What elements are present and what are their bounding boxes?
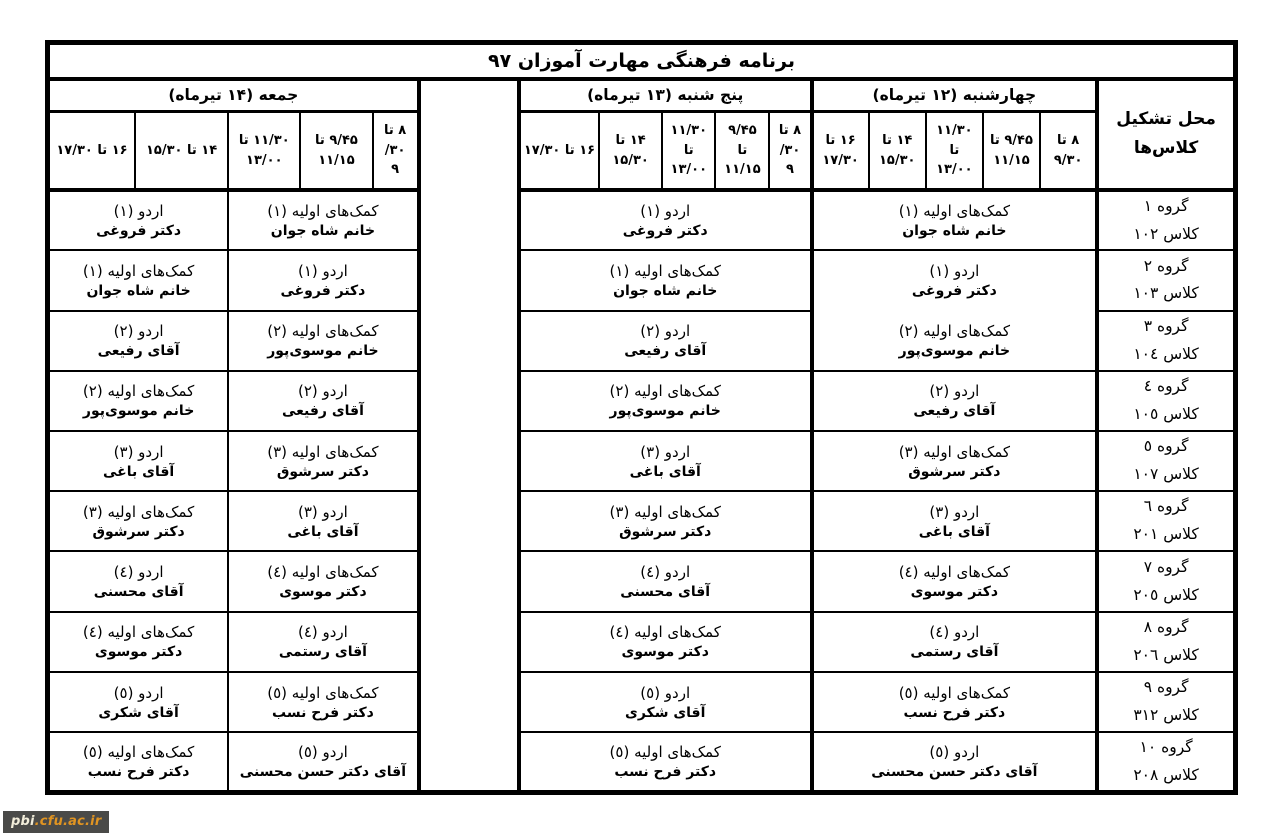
- course-name: کمک‌های اولیه (٤): [52, 623, 225, 641]
- group-label: گروه ۳: [1099, 313, 1233, 341]
- course-name: کمک‌های اولیه (۳): [523, 503, 808, 521]
- teacher-name: دکتر موسوی: [816, 584, 1094, 600]
- session-thursday-4: اردو (۳)آقای باغی: [519, 431, 812, 491]
- session-wednesday-5: اردو (۳)آقای باغی: [812, 491, 1098, 551]
- course-name: اردو (٥): [231, 743, 414, 761]
- room-label: کلاس ۳۱۲: [1099, 702, 1233, 730]
- time-slot-wednesday-1: ۹/۴۵ تا۱۱/۱۵: [983, 112, 1040, 190]
- group-cell-9: گروه ۱۰کلاس ۲۰۸: [1097, 732, 1235, 792]
- time-slot-thursday-4: ۱۶ تا ۱۷/۳۰: [519, 112, 599, 190]
- group-label: گروه ٤: [1099, 373, 1233, 401]
- time-slot-line: /۳۰: [771, 141, 808, 161]
- teacher-name: خانم موسوی‌پور: [816, 343, 1094, 359]
- teacher-name: خانم شاه جوان: [816, 223, 1094, 239]
- course-name: اردو (۲): [52, 322, 225, 340]
- course-name: کمک‌های اولیه (۳): [231, 443, 414, 461]
- teacher-name: آقای باغی: [816, 524, 1094, 540]
- course-name: اردو (۲): [523, 322, 808, 340]
- group-cell-7: گروه ۸کلاس ۲۰٦: [1097, 612, 1235, 672]
- time-slot-line: ۹/۴۵ تا: [302, 131, 370, 151]
- course-name: کمک‌های اولیه (۳): [816, 443, 1094, 461]
- session-friday-morning-9: اردو (٥)آقای دکتر حسن محسنی: [228, 732, 418, 792]
- teacher-name: خانم شاه جوان: [523, 283, 808, 299]
- day-header-wednesday: چهارشنبه (۱۲ تیرماه): [812, 79, 1098, 112]
- group-cell-6: گروه ۷کلاس ۲۰٥: [1097, 551, 1235, 611]
- group-label: گروه ۹: [1099, 674, 1233, 702]
- teacher-name: آقای دکتر حسن محسنی: [231, 764, 414, 780]
- course-name: اردو (٤): [52, 563, 225, 581]
- room-label: کلاس ۲۰٦: [1099, 642, 1233, 670]
- room-label: کلاس ۱۰۲: [1099, 221, 1233, 249]
- session-thursday-0: اردو (۱)دکتر فروغی: [519, 190, 812, 250]
- time-slot-line: ۱۶ تا ۱۷/۳۰: [522, 141, 597, 161]
- teacher-name: آقای محسنی: [52, 584, 225, 600]
- group-cell-1: گروه ۲کلاس ۱۰۳: [1097, 250, 1235, 310]
- time-slot-wednesday-0: ۸ تا۹/۳۰: [1040, 112, 1097, 190]
- day-header-thursday: پنج شنبه (۱۳ تیرماه): [519, 79, 812, 112]
- time-slot-friday-1: ۹/۴۵ تا۱۱/۱۵: [300, 112, 372, 190]
- session-friday-afternoon-0: اردو (۱)دکتر فروغی: [48, 190, 229, 250]
- course-name: کمک‌های اولیه (۱): [52, 262, 225, 280]
- session-friday-morning-5: اردو (۳)آقای باغی: [228, 491, 418, 551]
- table-row: گروه ۱کلاس ۱۰۲کمک‌های اولیه (۱)خانم شاه …: [48, 190, 1236, 250]
- session-thursday-3: کمک‌های اولیه (۲)خانم موسوی‌پور: [519, 371, 812, 431]
- teacher-name: دکتر سرشوق: [52, 524, 225, 540]
- course-name: اردو (٤): [523, 563, 808, 581]
- session-wednesday-0: کمک‌های اولیه (۱)خانم شاه جوان: [812, 190, 1098, 250]
- course-name: اردو (۱): [52, 202, 225, 220]
- time-slot-thursday-2: ۱۱/۳۰تا۱۳/۰۰: [662, 112, 715, 190]
- course-name: کمک‌های اولیه (٤): [231, 563, 414, 581]
- group-label: گروه ۲: [1099, 253, 1233, 281]
- site-watermark: pbi.cfu.ac.ir: [3, 811, 109, 833]
- session-friday-morning-7: اردو (٤)آقای رستمی: [228, 612, 418, 672]
- session-thursday-8: اردو (٥)آقای شکری: [519, 672, 812, 732]
- time-slot-line: ۱۵/۳۰: [871, 151, 924, 171]
- time-slot-line: ۱۱/۱۵: [717, 160, 767, 180]
- course-name: کمک‌های اولیه (۱): [231, 202, 414, 220]
- group-cell-2: گروه ۳کلاس ۱۰٤: [1097, 311, 1235, 371]
- session-thursday-9: کمک‌های اولیه (٥)دکتر فرح نسب: [519, 732, 812, 792]
- table-row: گروه ٤کلاس ۱۰٥اردو (۲)آقای رفیعیکمک‌های …: [48, 371, 1236, 431]
- course-name: کمک‌های اولیه (٥): [523, 743, 808, 761]
- time-slot-line: ۸ تا: [1042, 131, 1094, 151]
- course-name: کمک‌های اولیه (۲): [231, 322, 414, 340]
- session-friday-morning-3: اردو (۲)آقای رفیعی: [228, 371, 418, 431]
- session-wednesday-9: اردو (٥)آقای دکتر حسن محسنی: [812, 732, 1098, 792]
- course-name: اردو (۳): [52, 443, 225, 461]
- time-slot-line: ۱۱/۱۵: [302, 151, 370, 171]
- time-slot-line: ۹/۴۵: [717, 121, 767, 141]
- time-slot-line: تا: [928, 141, 981, 161]
- teacher-name: دکتر فرح نسب: [52, 764, 225, 780]
- table-row: گروه ۳کلاس ۱۰٤کمک‌های اولیه (۲)خانم موسو…: [48, 311, 1236, 371]
- time-slot-wednesday-4: ۱۶ تا۱۷/۳۰: [812, 112, 869, 190]
- teacher-name: دکتر سرشوق: [816, 464, 1094, 480]
- table-row: گروه ۸کلاس ۲۰٦اردو (٤)آقای رستمیکمک‌های …: [48, 612, 1236, 672]
- time-slot-thursday-3: ۱۴ تا۱۵/۳۰: [599, 112, 662, 190]
- time-slot-line: ۱۴ تا: [871, 131, 924, 151]
- session-wednesday-6: کمک‌های اولیه (٤)دکتر موسوی: [812, 551, 1098, 611]
- teacher-name: آقای دکتر حسن محسنی: [816, 764, 1094, 780]
- time-slot-line: ۹/۳۰: [1042, 151, 1094, 171]
- group-cell-5: گروه ٦کلاس ۲۰۱: [1097, 491, 1235, 551]
- course-name: اردو (۲): [231, 382, 414, 400]
- teacher-name: دکتر سرشوق: [231, 464, 414, 480]
- session-friday-morning-6: کمک‌های اولیه (٤)دکتر موسوی: [228, 551, 418, 611]
- table-row: گروه ٦کلاس ۲۰۱اردو (۳)آقای باغیکمک‌های ا…: [48, 491, 1236, 551]
- course-name: کمک‌های اولیه (۳): [52, 503, 225, 521]
- teacher-name: دکتر فروغی: [52, 223, 225, 239]
- teacher-name: دکتر موسوی: [52, 644, 225, 660]
- session-wednesday-7: اردو (٤)آقای رستمی: [812, 612, 1098, 672]
- time-slot-friday-0: ۸ تا/۳۰۹: [373, 112, 419, 190]
- session-friday-morning-0: کمک‌های اولیه (۱)خانم شاه جوان: [228, 190, 418, 250]
- session-friday-afternoon-7: کمک‌های اولیه (٤)دکتر موسوی: [48, 612, 229, 672]
- teacher-name: خانم موسوی‌پور: [231, 343, 414, 359]
- session-friday-afternoon-8: اردو (٥)آقای شکری: [48, 672, 229, 732]
- time-slot-thursday-0: ۸ تا/۳۰۹: [769, 112, 811, 190]
- course-name: اردو (۱): [523, 202, 808, 220]
- time-slot-line: ۱۳/۰۰: [664, 160, 713, 180]
- teacher-name: آقای باغی: [52, 464, 225, 480]
- teacher-name: خانم موسوی‌پور: [523, 403, 808, 419]
- course-name: اردو (٥): [523, 684, 808, 702]
- teacher-name: آقای رفیعی: [816, 403, 1094, 419]
- room-label: کلاس ۲۰٥: [1099, 582, 1233, 610]
- teacher-name: آقای شکری: [523, 705, 808, 721]
- session-thursday-1: کمک‌های اولیه (۱)خانم شاه جوان: [519, 250, 812, 310]
- course-name: اردو (۱): [816, 262, 1094, 280]
- time-slot-line: ۱۳/۰۰: [230, 151, 298, 171]
- table-row: گروه ۱۰کلاس ۲۰۸اردو (٥)آقای دکتر حسن محس…: [48, 732, 1236, 792]
- table-row: ۸ تا۹/۳۰۹/۴۵ تا۱۱/۱۵۱۱/۳۰تا۱۳/۰۰۱۴ تا۱۵/…: [48, 112, 1236, 190]
- course-name: کمک‌های اولیه (٥): [231, 684, 414, 702]
- group-label: گروه ۸: [1099, 614, 1233, 642]
- table-row: گروه ٥کلاس ۱۰۷کمک‌های اولیه (۳)دکتر سرشو…: [48, 431, 1236, 491]
- table-row: گروه ۹کلاس ۳۱۲کمک‌های اولیه (٥)دکتر فرح …: [48, 672, 1236, 732]
- schedule-table-container: برنامه فرهنگی مهارت آموزان ۹۷محل تشکیلکل…: [45, 40, 1238, 795]
- session-wednesday-1: اردو (۱)دکتر فروغی: [812, 250, 1098, 310]
- teacher-name: آقای محسنی: [523, 584, 808, 600]
- session-wednesday-2: کمک‌های اولیه (۲)خانم موسوی‌پور: [812, 311, 1098, 371]
- session-friday-afternoon-4: اردو (۳)آقای باغی: [48, 431, 229, 491]
- course-name: کمک‌های اولیه (٤): [816, 563, 1094, 581]
- time-slot-line: ۱۷/۳۰: [815, 151, 867, 171]
- teacher-name: آقای شکری: [52, 705, 225, 721]
- teacher-name: دکتر فرح نسب: [816, 705, 1094, 721]
- teacher-name: آقای باغی: [231, 524, 414, 540]
- teacher-name: آقای رستمی: [231, 644, 414, 660]
- teacher-name: خانم شاه جوان: [52, 283, 225, 299]
- teacher-name: دکتر فروغی: [523, 223, 808, 239]
- room-label: کلاس ۱۰٥: [1099, 401, 1233, 429]
- session-wednesday-8: کمک‌های اولیه (٥)دکتر فرح نسب: [812, 672, 1098, 732]
- teacher-name: خانم شاه جوان: [231, 223, 414, 239]
- group-cell-8: گروه ۹کلاس ۳۱۲: [1097, 672, 1235, 732]
- schedule-title: برنامه فرهنگی مهارت آموزان ۹۷: [48, 43, 1236, 79]
- teacher-name: آقای رفیعی: [52, 343, 225, 359]
- session-wednesday-4: کمک‌های اولیه (۳)دکتر سرشوق: [812, 431, 1098, 491]
- time-slot-line: تا: [664, 141, 713, 161]
- time-slot-thursday-1: ۹/۴۵تا۱۱/۱۵: [715, 112, 769, 190]
- schedule-table: برنامه فرهنگی مهارت آموزان ۹۷محل تشکیلکل…: [45, 40, 1238, 795]
- session-thursday-7: کمک‌های اولیه (٤)دکتر موسوی: [519, 612, 812, 672]
- course-name: اردو (۲): [816, 382, 1094, 400]
- time-slot-line: تا: [717, 141, 767, 161]
- schedule-page: { "title": "برنامه فرهنگی مهارت آموزان ۹…: [0, 0, 1284, 840]
- teacher-name: خانم موسوی‌پور: [52, 403, 225, 419]
- teacher-name: دکتر فروغی: [231, 283, 414, 299]
- teacher-name: دکتر فروغی: [816, 283, 1094, 299]
- course-name: کمک‌های اولیه (۲): [523, 382, 808, 400]
- course-name: اردو (٥): [52, 684, 225, 702]
- course-name: کمک‌های اولیه (٤): [523, 623, 808, 641]
- group-label: گروه ٥: [1099, 433, 1233, 461]
- location-header-line: محل تشکیل: [1099, 105, 1233, 135]
- day-name: چهارشنبه (۱۲ تیرماه): [814, 86, 1096, 104]
- time-slot-wednesday-2: ۱۱/۳۰تا۱۳/۰۰: [926, 112, 983, 190]
- time-slot-line: ۱۱/۳۰: [664, 121, 713, 141]
- table-row: گروه ۷کلاس ۲۰٥کمک‌های اولیه (٤)دکتر موسو…: [48, 551, 1236, 611]
- room-label: کلاس ۱۰۷: [1099, 461, 1233, 489]
- day-name: جمعه (۱۴ تیرماه): [50, 86, 417, 104]
- time-slot-line: ۱۱/۳۰ تا: [230, 131, 298, 151]
- teacher-name: دکتر فرح نسب: [231, 705, 414, 721]
- time-slot-line: /۳۰: [375, 141, 416, 161]
- session-thursday-5: کمک‌های اولیه (۳)دکتر سرشوق: [519, 491, 812, 551]
- table-row: محل تشکیلکلاس‌هاچهارشنبه (۱۲ تیرماه)پنج …: [48, 79, 1236, 112]
- session-friday-afternoon-3: کمک‌های اولیه (۲)خانم موسوی‌پور: [48, 371, 229, 431]
- session-friday-afternoon-6: اردو (٤)آقای محسنی: [48, 551, 229, 611]
- course-name: کمک‌های اولیه (۲): [816, 322, 1094, 340]
- course-name: کمک‌های اولیه (۱): [816, 202, 1094, 220]
- course-name: اردو (۳): [816, 503, 1094, 521]
- session-friday-afternoon-9: کمک‌های اولیه (٥)دکتر فرح نسب: [48, 732, 229, 792]
- time-slot-line: ۱۵/۳۰: [601, 151, 660, 171]
- teacher-name: آقای رفیعی: [231, 403, 414, 419]
- room-label: کلاس ۲۰۸: [1099, 762, 1233, 790]
- empty-gap-column: [419, 79, 519, 793]
- course-name: اردو (٤): [231, 623, 414, 641]
- session-friday-morning-8: کمک‌های اولیه (٥)دکتر فرح نسب: [228, 672, 418, 732]
- time-slot-line: ۱۳/۰۰: [928, 160, 981, 180]
- group-cell-4: گروه ٥کلاس ۱۰۷: [1097, 431, 1235, 491]
- time-slot-line: ۱۴ تا: [601, 131, 660, 151]
- day-header-friday: جمعه (۱۴ تیرماه): [48, 79, 419, 112]
- course-name: کمک‌های اولیه (۱): [523, 262, 808, 280]
- room-label: کلاس ۱۰٤: [1099, 341, 1233, 369]
- teacher-name: دکتر فرح نسب: [523, 764, 808, 780]
- group-cell-0: گروه ۱کلاس ۱۰۲: [1097, 190, 1235, 250]
- session-thursday-6: اردو (٤)آقای محسنی: [519, 551, 812, 611]
- teacher-name: دکتر موسوی: [523, 644, 808, 660]
- location-header-cell: محل تشکیلکلاس‌ها: [1097, 79, 1235, 190]
- course-name: اردو (٥): [816, 743, 1094, 761]
- time-slot-wednesday-3: ۱۴ تا۱۵/۳۰: [869, 112, 926, 190]
- location-header-line: کلاس‌ها: [1099, 134, 1233, 164]
- group-label: گروه ۱۰: [1099, 734, 1233, 762]
- teacher-name: دکتر سرشوق: [523, 524, 808, 540]
- time-slot-line: ۸ تا: [771, 121, 808, 141]
- watermark-prefix: pbi: [11, 814, 35, 829]
- course-name: اردو (۳): [231, 503, 414, 521]
- time-slot-friday-2: ۱۱/۳۰ تا۱۳/۰۰: [228, 112, 300, 190]
- group-label: گروه ۷: [1099, 554, 1233, 582]
- time-slot-line: ۱۴ تا ۱۵/۳۰: [137, 141, 226, 161]
- session-friday-afternoon-5: کمک‌های اولیه (۳)دکتر سرشوق: [48, 491, 229, 551]
- time-slot-line: ۹: [375, 160, 416, 180]
- session-wednesday-3: اردو (۲)آقای رفیعی: [812, 371, 1098, 431]
- time-slot-line: ۱۶ تا ۱۷/۳۰: [51, 141, 133, 161]
- session-friday-afternoon-2: اردو (۲)آقای رفیعی: [48, 311, 229, 371]
- course-name: اردو (٤): [816, 623, 1094, 641]
- teacher-name: آقای باغی: [523, 464, 808, 480]
- group-cell-3: گروه ٤کلاس ۱۰٥: [1097, 371, 1235, 431]
- table-row: گروه ۲کلاس ۱۰۳اردو (۱)دکتر فروغیکمک‌های …: [48, 250, 1236, 310]
- time-slot-friday-4: ۱۶ تا ۱۷/۳۰: [48, 112, 135, 190]
- session-friday-morning-1: اردو (۱)دکتر فروغی: [228, 250, 418, 310]
- watermark-domain: .cfu.ac.ir: [35, 814, 102, 829]
- session-friday-morning-2: کمک‌های اولیه (۲)خانم موسوی‌پور: [228, 311, 418, 371]
- teacher-name: دکتر موسوی: [231, 584, 414, 600]
- course-name: اردو (۱): [231, 262, 414, 280]
- teacher-name: آقای رستمی: [816, 644, 1094, 660]
- time-slot-line: ۱۱/۳۰: [928, 121, 981, 141]
- course-name: اردو (۳): [523, 443, 808, 461]
- time-slot-line: ۹: [771, 160, 808, 180]
- day-name: پنج شنبه (۱۳ تیرماه): [521, 86, 810, 104]
- time-slot-line: ۸ تا: [375, 121, 416, 141]
- session-thursday-2: اردو (۲)آقای رفیعی: [519, 311, 812, 371]
- room-label: کلاس ۲۰۱: [1099, 521, 1233, 549]
- room-label: کلاس ۱۰۳: [1099, 280, 1233, 308]
- time-slot-friday-3: ۱۴ تا ۱۵/۳۰: [135, 112, 228, 190]
- group-label: گروه ۱: [1099, 193, 1233, 221]
- time-slot-line: ۹/۴۵ تا: [985, 131, 1038, 151]
- session-friday-afternoon-1: کمک‌های اولیه (۱)خانم شاه جوان: [48, 250, 229, 310]
- table-row: برنامه فرهنگی مهارت آموزان ۹۷: [48, 43, 1236, 79]
- schedule-title-text: برنامه فرهنگی مهارت آموزان ۹۷: [50, 50, 1233, 72]
- course-name: کمک‌های اولیه (٥): [816, 684, 1094, 702]
- teacher-name: آقای رفیعی: [523, 343, 808, 359]
- time-slot-line: ۱۱/۱۵: [985, 151, 1038, 171]
- course-name: کمک‌های اولیه (٥): [52, 743, 225, 761]
- group-label: گروه ٦: [1099, 493, 1233, 521]
- course-name: کمک‌های اولیه (۲): [52, 382, 225, 400]
- time-slot-line: ۱۶ تا: [815, 131, 867, 151]
- session-friday-morning-4: کمک‌های اولیه (۳)دکتر سرشوق: [228, 431, 418, 491]
